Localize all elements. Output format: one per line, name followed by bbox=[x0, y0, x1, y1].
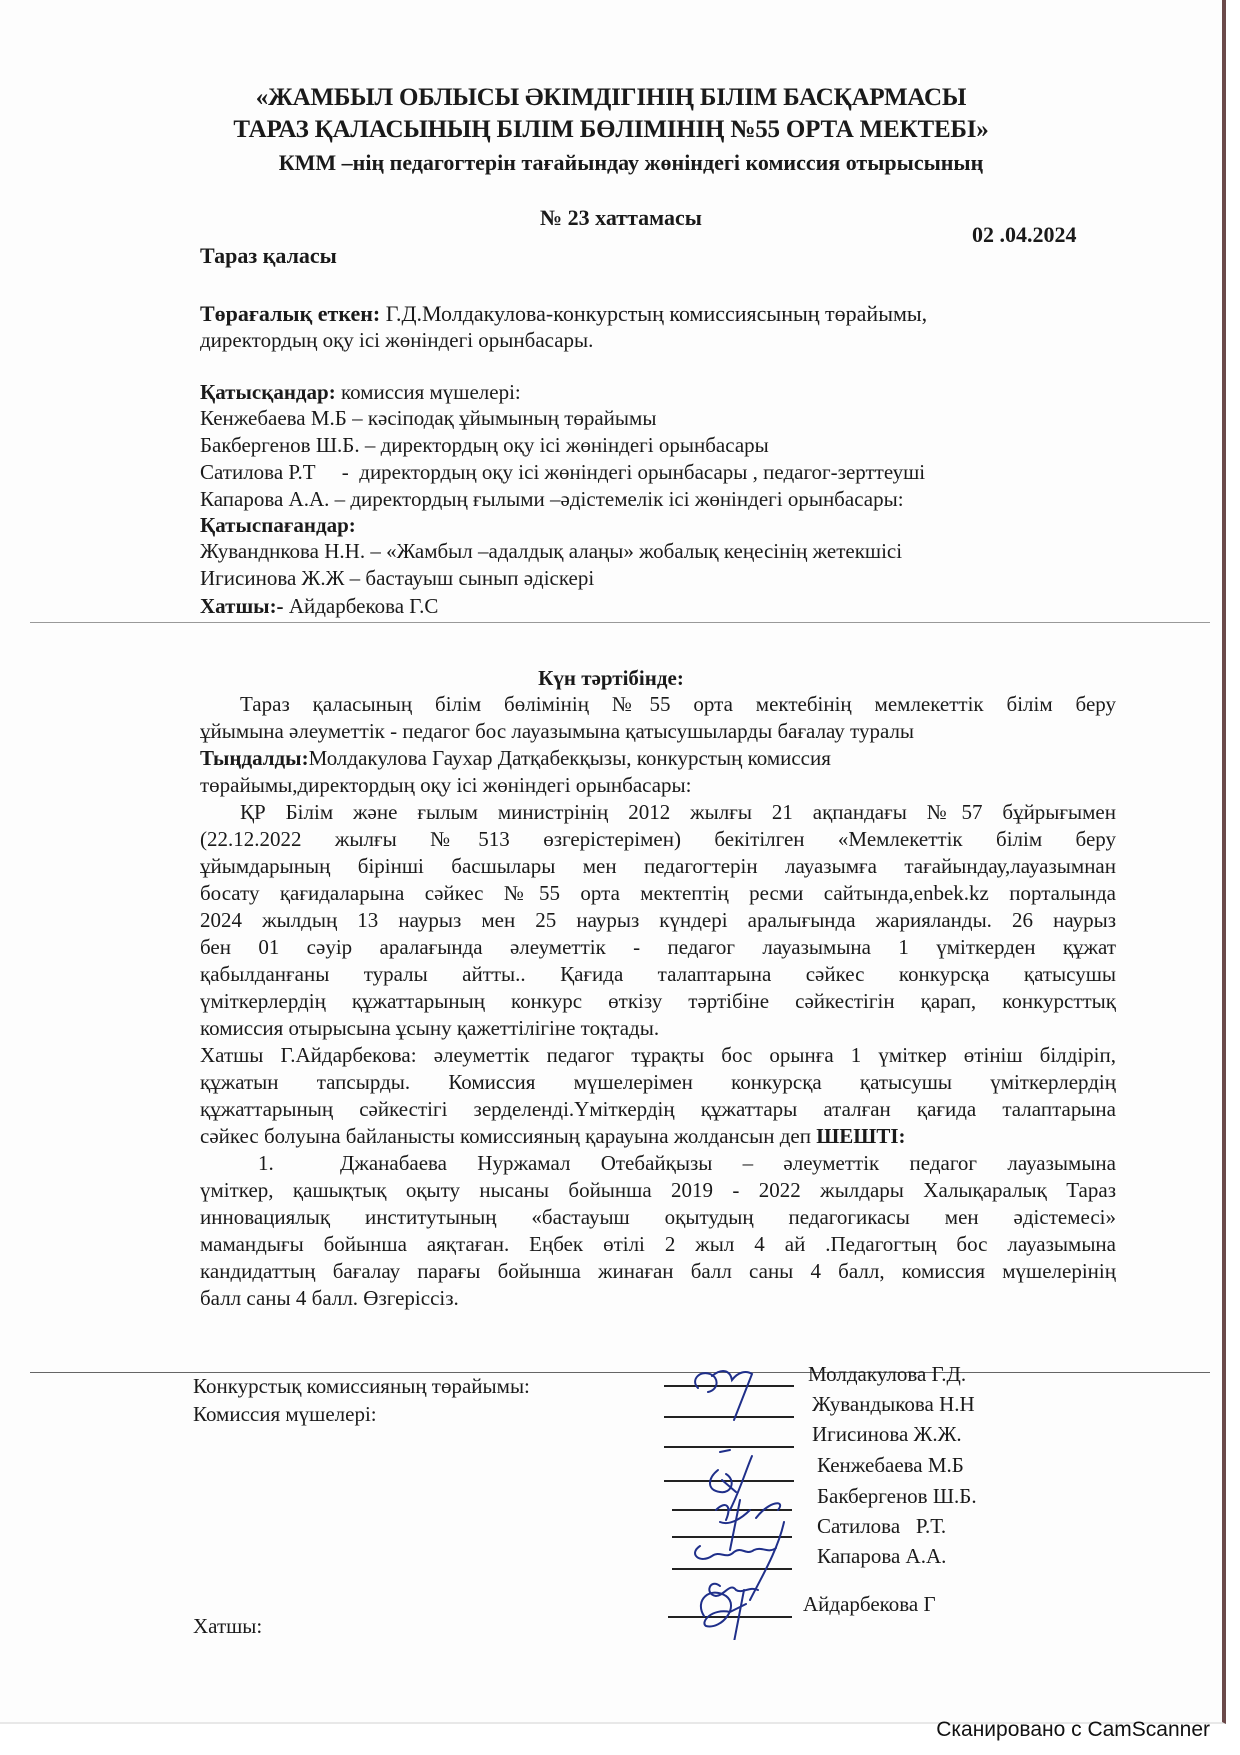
present-heading: Қатысқандар: комиссия мүшелері: bbox=[200, 378, 521, 406]
agenda-title: Күн тәртібінде: bbox=[0, 664, 1222, 692]
present-member: Кенжебаева М.Б – кәсіподақ ұйымының төра… bbox=[200, 404, 656, 432]
chair-signature-label: Конкурстық комиссияның төрайымы: bbox=[193, 1372, 530, 1400]
secretary-report-line: Хатшы Г.Айдарбекова: әлеуметтік педагог … bbox=[200, 1041, 1116, 1069]
protocol-date: 02 .04.2024 bbox=[972, 222, 1077, 248]
decided-label: ШЕШТІ: bbox=[816, 1124, 905, 1148]
camscanner-watermark: Сканировано с CamScanner bbox=[936, 1718, 1210, 1742]
present-member: Бакбергенов Ш.Б. – директордың оқу ісі ж… bbox=[200, 431, 769, 459]
decision-line: кандидаттың бағалау парағы бойынша жинағ… bbox=[200, 1257, 1116, 1285]
heard-body-line: ҚР Білім және ғылым министрінің 2012 жыл… bbox=[240, 798, 1116, 826]
heard-body-line: ұйымдарының бірінші басшылары мен педаго… bbox=[200, 852, 1116, 880]
secretary-label: Хатшы:- bbox=[200, 594, 284, 618]
chair-label: Төрағалық еткен: bbox=[200, 301, 380, 326]
decision-first-line: Джанабаева Нуржамал Отебайқызы – әлеумет… bbox=[340, 1149, 1116, 1177]
heard-body-line: бен 01 сәуір аралағында әлеуметтік - пед… bbox=[200, 933, 1116, 961]
signatory-name: Жувандыкова Н.Н bbox=[812, 1390, 975, 1418]
header-line-2: ТАРАЗ ҚАЛАСЫНЫҢ БІЛІМ БӨЛІМІНІҢ №55 ОРТА… bbox=[0, 116, 1222, 144]
signatory-name: Игисинова Ж.Ж. bbox=[812, 1420, 962, 1448]
decision-line: үміткер, қашықтық оқыту нысаны бойынша 2… bbox=[200, 1176, 1116, 1204]
decision-line: мамандығы бойынша аяқтаған. Еңбек өтілі … bbox=[200, 1230, 1116, 1258]
handwritten-signatures-icon bbox=[660, 1350, 820, 1640]
agenda-line: Тараз қаласының білім бөлімінің №55 орта… bbox=[240, 690, 1116, 718]
heard-body-last: комиссия отырысына ұсыну қажеттілігіне т… bbox=[200, 1014, 659, 1042]
heard-body-line: босату қағидаларына сәйкес №55 орта мект… bbox=[200, 879, 1116, 907]
decision-last: балл саны 4 балл. Өзгеріссіз. bbox=[200, 1284, 459, 1312]
absent-label: Қатыспағандар: bbox=[200, 511, 356, 539]
signatory-name: Молдакулова Г.Д. bbox=[808, 1360, 966, 1388]
present-member: Сатилова Р.Т - директордың оқу ісі жөнін… bbox=[200, 458, 925, 486]
present-member: Капарова А.А. – директордың ғылыми –әдіс… bbox=[200, 485, 904, 513]
city: Тараз қаласы bbox=[200, 243, 337, 269]
scanned-page: «ЖАМБЫЛ ОБЛЫСЫ ӘКІМДІГІНІҢ БІЛІМ БАСҚАРМ… bbox=[0, 0, 1226, 1724]
heard-line-2: төрайымы,директордың оқу ісі жөніндегі о… bbox=[200, 771, 691, 799]
secretary-report-last: сәйкес болуына байланысты комиссияның қа… bbox=[200, 1122, 906, 1150]
secretary-report-line: құжатын тапсырды. Комиссия мүшелерімен к… bbox=[200, 1068, 1116, 1096]
heard-body-line: үміткерлердің құжаттарының конкурс өткіз… bbox=[200, 987, 1116, 1015]
header-line-1: «ЖАМБЫЛ ОБЛЫСЫ ӘКІМДІГІНІҢ БІЛІМ БАСҚАРМ… bbox=[0, 84, 1222, 112]
divider bbox=[30, 622, 1210, 623]
secretary-name: Айдарбекова Г.С bbox=[284, 594, 439, 618]
heard-label: Тыңдалды: bbox=[200, 746, 309, 770]
signatory-name: Сатилова Р.Т. bbox=[817, 1512, 946, 1540]
signatory-name: Капарова А.А. bbox=[817, 1542, 946, 1570]
chair-line-1: Төрағалық еткен: Г.Д.Молдакулова-конкурс… bbox=[200, 300, 927, 328]
secretary-report-line: құжаттарының сәйкестігі зерделенді.Үмітк… bbox=[200, 1095, 1116, 1123]
signatory-name: Кенжебаева М.Б bbox=[817, 1451, 964, 1479]
members-signature-label: Комиссия мүшелері: bbox=[193, 1400, 377, 1428]
heard-body-line: 2024 жылдың 13 наурыз мен 25 наурыз күнд… bbox=[200, 906, 1116, 934]
signatory-name: Бакбергенов Ш.Б. bbox=[817, 1482, 977, 1510]
present-label: Қатысқандар: bbox=[200, 380, 336, 404]
absent-member: Игисинова Ж.Ж – бастауыш сынып әдіскері bbox=[200, 564, 594, 592]
agenda-line: ұйымына әлеуметтік - педагог бос лауазым… bbox=[200, 717, 914, 745]
decision-number: 1. bbox=[258, 1149, 274, 1177]
absent-member: Жуванднкова Н.Н. – «Жамбыл –адалдық алаң… bbox=[200, 537, 902, 565]
heard-line-1: Тыңдалды:Молдакулова Гаухар Датқабекқызы… bbox=[200, 744, 1116, 772]
chair-line-2: директордың оқу ісі жөніндегі орынбасары… bbox=[200, 326, 593, 354]
secretary-signature-label: Хатшы: bbox=[193, 1612, 262, 1640]
header-line-3: КММ –нің педагогтерін тағайындау жөнінде… bbox=[20, 150, 1240, 176]
secretary-line: Хатшы:- Айдарбекова Г.С bbox=[200, 592, 438, 620]
secretary-signatory-name: Айдарбекова Г bbox=[803, 1590, 936, 1618]
heard-body-line: (22.12.2022 жылғы №513 өзгерістерімен) б… bbox=[200, 825, 1116, 853]
chair-text: Г.Д.Молдакулова-конкурстың комиссиясының… bbox=[380, 301, 927, 326]
decision-line: инновациялық институтының «бастауыш оқыт… bbox=[200, 1203, 1116, 1231]
heard-body-line: қабылданғаны туралы айтты.. Қағида талап… bbox=[200, 960, 1116, 988]
